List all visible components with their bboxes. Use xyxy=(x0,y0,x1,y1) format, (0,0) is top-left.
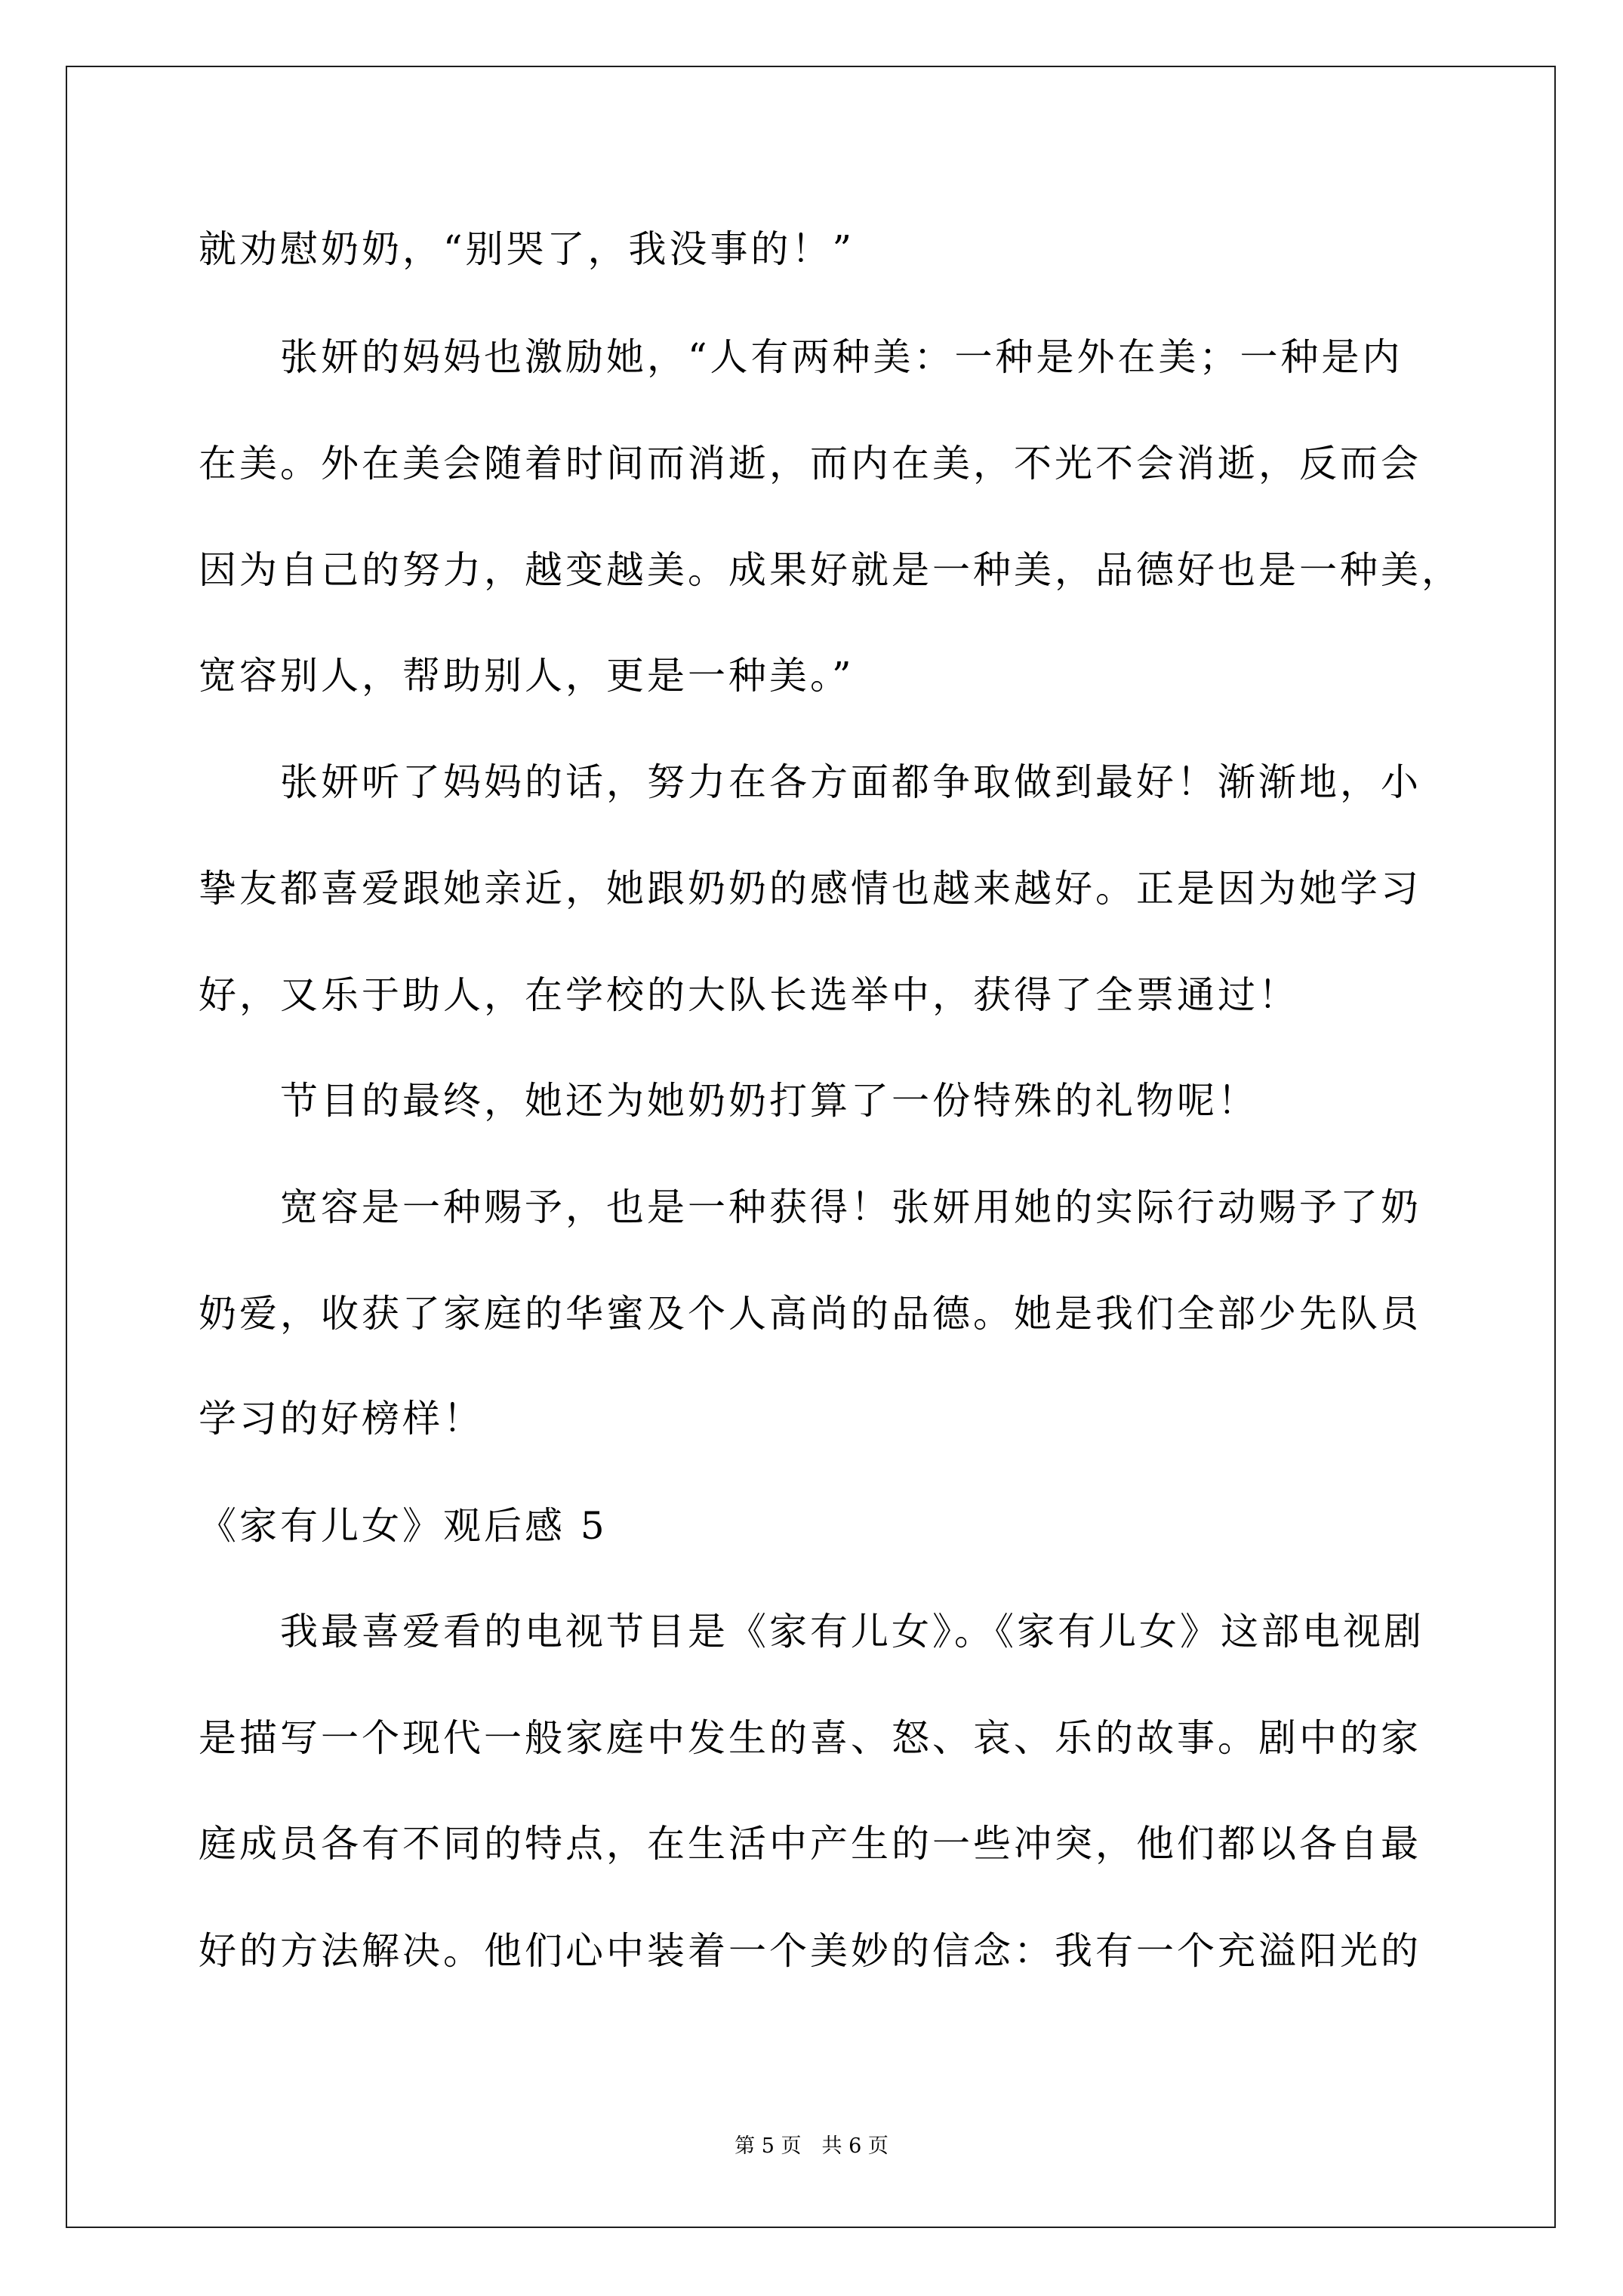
page-number-footer: 第 5 页 共 6 页 xyxy=(0,2134,1623,2159)
text-line-6: 张妍听了妈妈的话，努力在各方面都争取做到最好！渐渐地，小 xyxy=(280,760,1421,805)
text-line-3: 在美。外在美会随着时间而消逝，而内在美，不光不会消逝，反而会 xyxy=(199,441,1421,486)
text-line-16: 庭成员各有不同的特点，在生活中产生的一些冲突，他们都以各自最 xyxy=(199,1821,1421,1866)
text-line-9: 节目的最终，她还为她奶奶打算了一份特殊的礼物呢！ xyxy=(280,1078,1258,1123)
text-line-10: 宽容是一种赐予，也是一种获得！张妍用她的实际行动赐予了奶 xyxy=(280,1185,1421,1230)
text-line-1: 就劝慰奶奶，“别哭了，我没事的！” xyxy=(199,227,855,272)
text-line-5: 宽容别人，帮助别人，更是一种美。” xyxy=(199,653,855,698)
text-line-8: 好，又乐于助人，在学校的大队长选举中，获得了全票通过！ xyxy=(199,972,1299,1018)
text-line-14: 我最喜爱看的电视节目是《家有儿女》。《家有儿女》这部电视剧 xyxy=(280,1609,1424,1654)
text-line-4: 因为自己的努力，越变越美。成果好就是一种美，品德好也是一种美， xyxy=(199,547,1462,593)
section-heading: 《家有儿女》观后感 5 xyxy=(199,1503,608,1549)
text-line-7: 挚友都喜爱跟她亲近，她跟奶奶的感情也越来越好。正是因为她学习 xyxy=(199,866,1421,911)
text-line-15: 是描写一个现代一般家庭中发生的喜、怒、哀、乐的故事。剧中的家 xyxy=(199,1715,1421,1761)
text-line-12: 学习的好榜样！ xyxy=(199,1396,484,1441)
page-border xyxy=(66,66,1556,2228)
text-line-11: 奶爱，收获了家庭的华蜜及个人高尚的品德。她是我们全部少先队员 xyxy=(199,1291,1421,1336)
text-line-17: 好的方法解决。他们心中装着一个美妙的信念：我有一个充溢阳光的 xyxy=(199,1928,1421,1974)
text-line-2: 张妍的妈妈也激励她，“人有两种美：一种是外在美；一种是内 xyxy=(280,334,1403,380)
